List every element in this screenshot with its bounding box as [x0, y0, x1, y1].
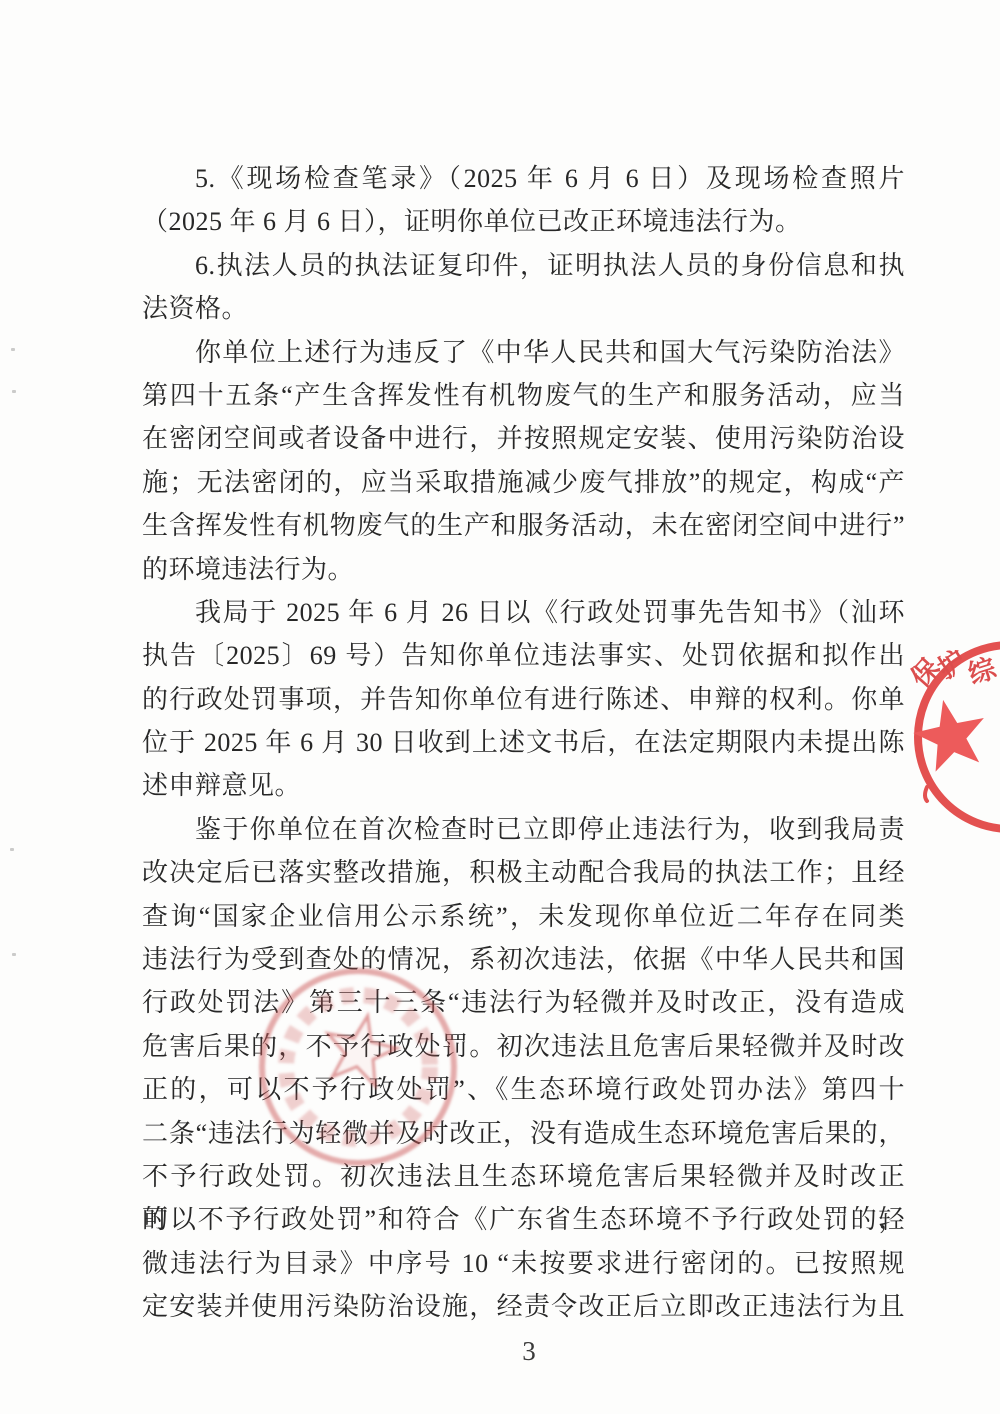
text-line: 违法行为受到查处的情况，系初次违法，依据《中华人民共和国: [142, 938, 905, 981]
seal-char: 护: [932, 644, 972, 685]
seal-char: 综: [964, 652, 1000, 690]
text-line: 位于 2025 年 6 月 30 日收到上述文书后，在法定期限内未提出陈: [142, 721, 905, 764]
text-line: 执告〔2025〕69 号）告知你单位违法事实、处罚依据和拟作出: [142, 634, 905, 677]
text-line: 施；无法密闭的，应当采取措施减少废气排放”的规定，构成“产: [142, 461, 905, 504]
scan-speck: [10, 848, 14, 851]
text-line: 的行政处罚事项，并告知你单位有进行陈述、申辩的权利。你单: [142, 678, 905, 721]
text-line: 二条“违法行为轻微并及时改正，没有造成生态环境危害后果的，: [142, 1112, 905, 1155]
seal-ink-mark: [925, 787, 927, 801]
text-line: 定安装并使用污染防治设施，经责令改正后立即改正违法行为且: [142, 1285, 905, 1328]
text-line: 微违法行为目录》中序号 10 “未按要求进行密闭的。已按照规: [142, 1242, 905, 1285]
text-line: 5.《现场检查笔录》（2025 年 6 月 6 日）及现场检查照片: [142, 157, 905, 200]
text-line: 生含挥发性有机物废气的生产和服务活动，未在密闭空间中进行”: [142, 504, 905, 547]
document-page: 5.《现场检查笔录》（2025 年 6 月 6 日）及现场检查照片（2025 年…: [0, 0, 1000, 1414]
text-line: 在密闭空间或者设备中进行，并按照规定安装、使用污染防治设: [142, 417, 905, 460]
text-line: 的环境违法行为。: [142, 548, 905, 591]
text-line: 改决定后已落实整改措施，积极主动配合我局的执法工作；且经: [142, 851, 905, 894]
page-number: 3: [500, 1336, 558, 1367]
text-line: 危害后果的，不予行政处罚。初次违法且危害后果轻微并及时改: [142, 1025, 905, 1068]
text-line: 鉴于你单位在首次检查时已立即停止违法行为，收到我局责: [142, 808, 905, 851]
scan-speck: [12, 390, 16, 393]
text-line: 查询“国家企业信用公示系统”，未发现你单位近二年存在同类: [142, 895, 905, 938]
text-line: 行政处罚法》第三十三条“违法行为轻微并及时改正，没有造成: [142, 981, 905, 1024]
document-body: 5.《现场检查笔录》（2025 年 6 月 6 日）及现场检查照片（2025 年…: [142, 157, 905, 1329]
text-line: 正的，可以不予行政处罚”、《生态环境行政处罚办法》第四十: [142, 1068, 905, 1111]
star-icon: [908, 692, 993, 774]
text-line: 你单位上述行为违反了《中华人民共和国大气污染防治法》: [142, 331, 905, 374]
seal-ring: [918, 645, 1000, 829]
text-line: 述申辩意见。: [142, 764, 905, 807]
text-line: 不予行政处罚。初次违法且生态环境危害后果轻微并及时改正的，: [142, 1155, 905, 1198]
text-line: 第四十五条“产生含挥发性有机物废气的生产和服务活动，应当: [142, 374, 905, 417]
text-line: （2025 年 6 月 6 日），证明你单位已改正环境违法行为。: [142, 200, 905, 243]
text-line: 我局于 2025 年 6 月 26 日以《行政处罚事先告知书》（汕环: [142, 591, 905, 634]
text-line: 可以不予行政处罚”和符合《广东省生态环境不予行政处罚的轻: [142, 1198, 905, 1241]
red-seal-stamp-icon: 保 护 综: [900, 617, 1000, 857]
scan-speck: [11, 348, 15, 351]
text-line: 法资格。: [142, 287, 905, 330]
text-line: 6.执法人员的执法证复印件，证明执法人员的身份信息和执: [142, 244, 905, 287]
seal-char: 保: [905, 653, 945, 693]
scan-speck: [12, 953, 16, 956]
